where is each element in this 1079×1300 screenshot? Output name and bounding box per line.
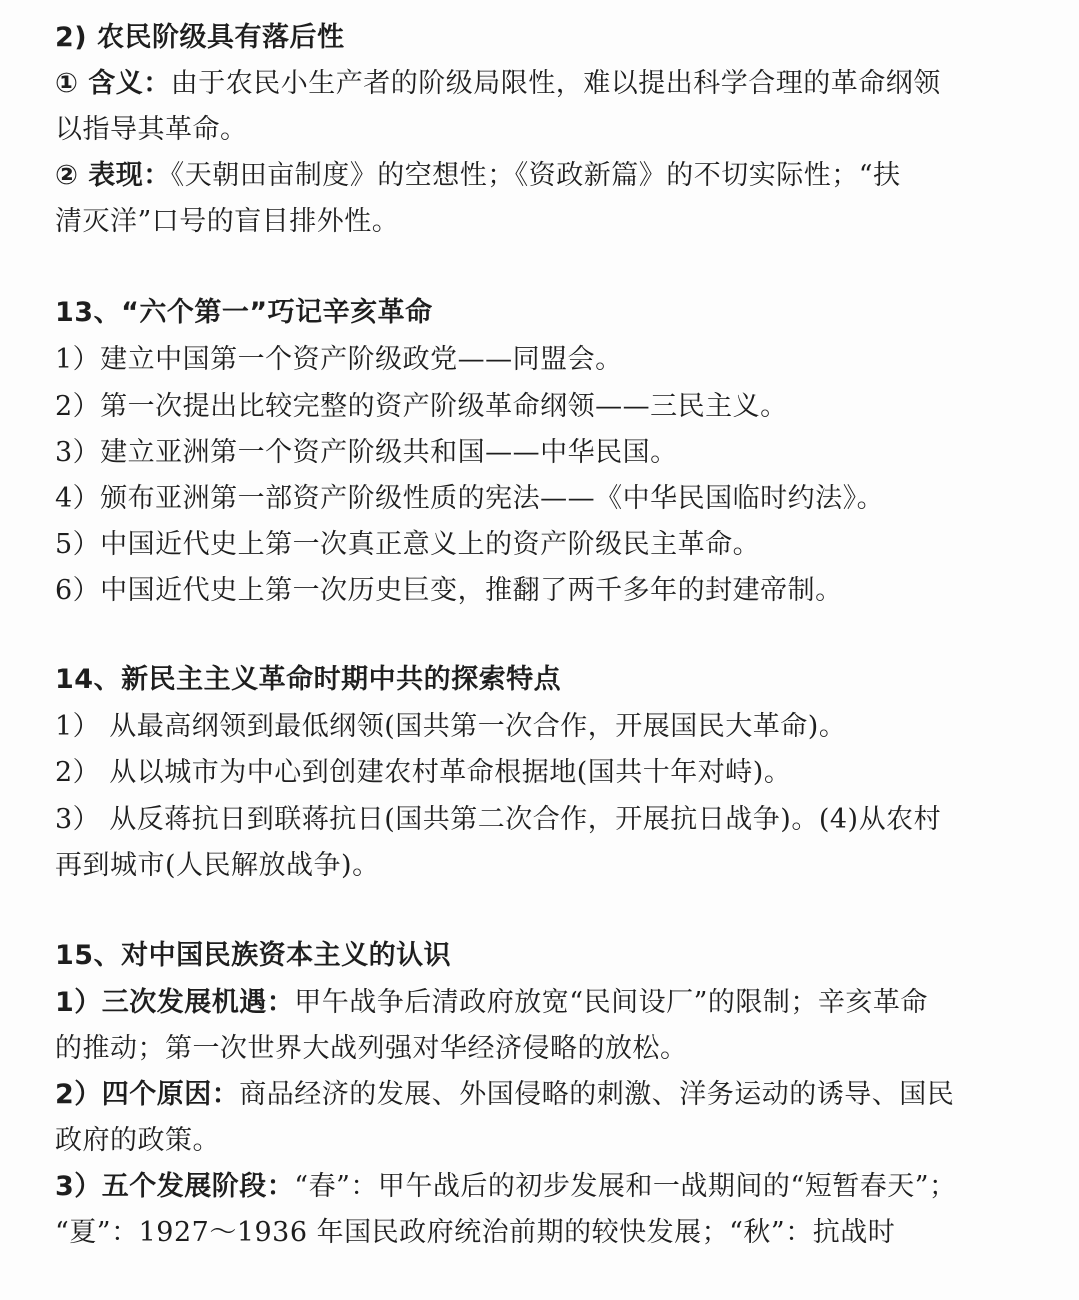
list-item: 2） 从以城市为中心到创建农村革命根据地(国共十年对峙)。: [55, 750, 999, 796]
item-text: 商品经济的发展、外国侵略的刺激、洋务运动的诱导、国民: [239, 1079, 954, 1110]
list-item: 再到城市(人民解放战争)。: [55, 843, 999, 889]
item-text: “春”：甲午战后的初步发展和一战期间的“短暂春天”；: [294, 1171, 956, 1202]
paragraph-line: 的推动；第一次世界大战列强对华经济侵略的放松。: [55, 1026, 999, 1072]
list-item: 1）建立中国第一个资产阶级政党——同盟会。: [55, 337, 999, 383]
paragraph-line: 1）三次发展机遇：甲午战争后清政府放宽“民间设厂”的限制；辛亥革命: [55, 980, 999, 1026]
document-page: 2) 农民阶级具有落后性 ① 含义：由于农民小生产者的阶级局限性，难以提出科学合…: [0, 0, 1079, 1300]
paragraph-line: 2）四个原因：商品经济的发展、外国侵略的刺激、洋务运动的诱导、国民: [55, 1072, 999, 1118]
list-item: 3）建立亚洲第一个资产阶级共和国——中华民国。: [55, 430, 999, 476]
list-item: 1） 从最高纲领到最低纲领(国共第一次合作，开展国民大革命)。: [55, 704, 999, 750]
section-heading: 2) 农民阶级具有落后性: [55, 15, 999, 61]
paragraph-line: 政府的政策。: [55, 1118, 999, 1164]
list-item: 4）颁布亚洲第一部资产阶级性质的宪法——《中华民国临时约法》。: [55, 476, 999, 522]
paragraph-line: 3）五个发展阶段：“春”：甲午战后的初步发展和一战期间的“短暂春天”；: [55, 1164, 999, 1210]
item-text: 甲午战争后清政府放宽“民间设厂”的限制；辛亥革命: [294, 987, 928, 1018]
paragraph-line: 以指导其革命。: [55, 107, 999, 153]
list-item: 3） 从反蒋抗日到联蒋抗日(国共第二次合作，开展抗日战争)。(4)从农村: [55, 797, 999, 843]
paragraph-line: ② 表现：《天朝田亩制度》的空想性；《资政新篇》的不切实际性；“扶: [55, 153, 999, 199]
section-heading: 13、“六个第一”巧记辛亥革命: [55, 290, 999, 336]
section-heading: 15、对中国民族资本主义的认识: [55, 933, 999, 979]
paragraph-line: ① 含义：由于农民小生产者的阶级局限性，难以提出科学合理的革命纲领: [55, 61, 999, 107]
paragraph-line: 清灭洋”口号的盲目排外性。: [55, 199, 999, 245]
list-item: 2）第一次提出比较完整的资产阶级革命纲领——三民主义。: [55, 384, 999, 430]
item-label: ① 含义：: [55, 68, 171, 99]
item-text: 由于农民小生产者的阶级局限性，难以提出科学合理的革命纲领: [171, 68, 941, 99]
paragraph-line: “夏”：1927～1936 年国民政府统治前期的较快发展；“秋”：抗战时: [55, 1210, 999, 1256]
list-item: 5）中国近代史上第一次真正意义上的资产阶级民主革命。: [55, 522, 999, 568]
item-text: 《天朝田亩制度》的空想性；《资政新篇》的不切实际性；“扶: [171, 160, 901, 191]
item-label: 2）四个原因：: [55, 1079, 239, 1110]
item-label: ② 表现：: [55, 160, 171, 191]
item-label: 1）三次发展机遇：: [55, 987, 294, 1018]
item-label: 3）五个发展阶段：: [55, 1171, 294, 1202]
section-heading: 14、新民主主义革命时期中共的探索特点: [55, 657, 999, 703]
list-item: 6）中国近代史上第一次历史巨变，推翻了两千多年的封建帝制。: [55, 568, 999, 614]
